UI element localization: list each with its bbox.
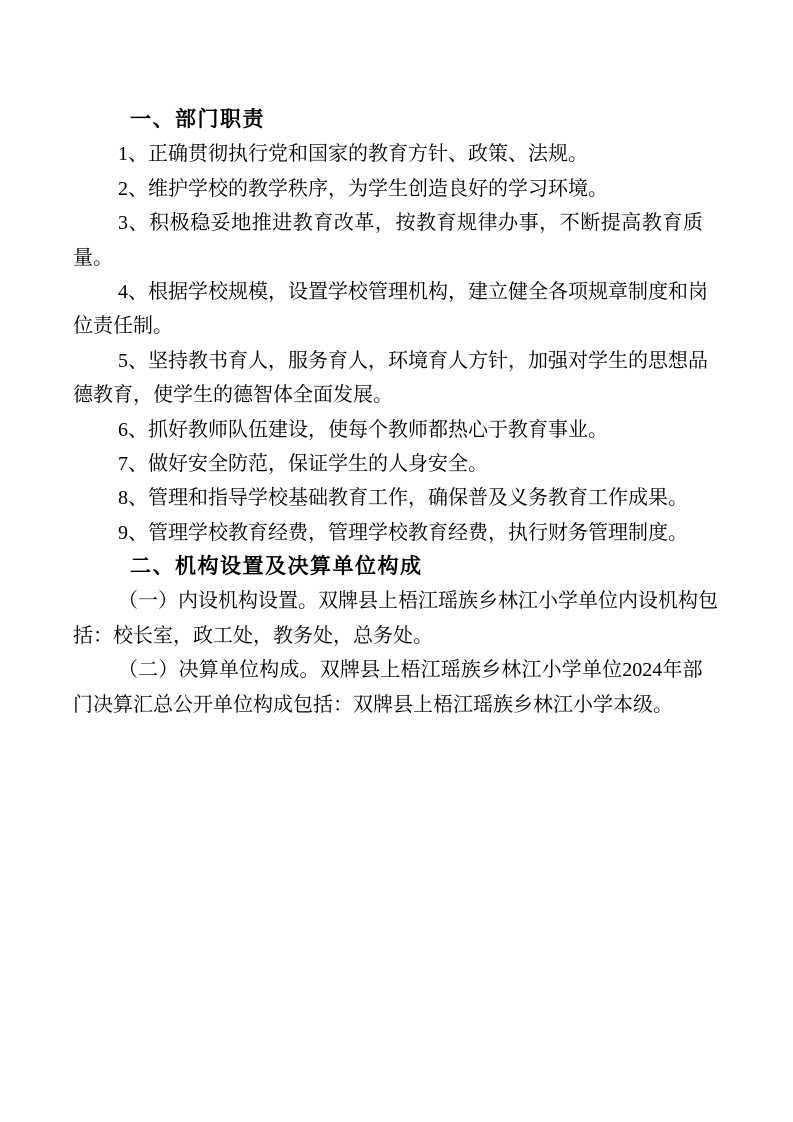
- glyph-cluster: 模: [248, 275, 268, 309]
- glyph-cluster: 改: [334, 206, 354, 240]
- glyph-cluster: 教: [416, 206, 436, 240]
- paragraph-line: 7、做好安全防范，保证学生的人身安全。: [73, 447, 703, 481]
- glyph-cluster: 规: [228, 275, 248, 309]
- glyph-cluster: 族: [458, 584, 478, 618]
- glyph-cluster: 置: [278, 584, 298, 618]
- document-content: 一、部门职责1、正确贯彻执行党和国家的教育方针、政策、法规。2、维护学校的教学秩…: [73, 103, 703, 722]
- glyph-cluster: 学: [562, 653, 582, 687]
- glyph-cluster: 设: [288, 275, 308, 309]
- glyph-cluster: 决: [179, 653, 199, 687]
- glyph-cluster: 推: [252, 206, 272, 240]
- glyph-cluster: 管: [368, 275, 388, 309]
- paragraph-line: 3、积极稳妥地推进教育改革，按教育规律办事，不断提高教育质: [73, 206, 703, 240]
- glyph-cluster: 极: [170, 206, 190, 240]
- paragraph-line: 4、根据学校规模，设置学校管理机构，建立健全各项规章制度和岗: [73, 275, 703, 309]
- glyph-cluster: 小: [542, 653, 562, 687]
- glyph-cluster: 育: [437, 206, 457, 240]
- paragraph-line: 位责任制。: [73, 309, 703, 343]
- glyph-cluster: 妥: [211, 206, 231, 240]
- glyph-cluster: （: [118, 653, 138, 687]
- glyph-cluster: 校: [208, 275, 228, 309]
- glyph-cluster: 小: [538, 584, 558, 618]
- glyph-cluster: 单: [578, 584, 598, 618]
- glyph-cluster: 方: [468, 344, 488, 378]
- glyph-cluster: 设: [198, 584, 218, 618]
- paragraph-line: 2、维护学校的教学秩序，为学生创造良好的学习环境。: [73, 172, 703, 206]
- glyph-cluster: 革: [354, 206, 374, 240]
- glyph-cluster: 针: [488, 344, 508, 378]
- glyph-cluster: 教: [642, 206, 662, 240]
- glyph-cluster: 位: [602, 653, 622, 687]
- glyph-cluster: 度: [648, 275, 668, 309]
- glyph-cluster: 想: [668, 344, 688, 378]
- glyph-cluster: 和: [668, 275, 688, 309]
- glyph-cluster: 思: [648, 344, 668, 378]
- glyph-cluster: 务: [308, 344, 328, 378]
- section-heading: 一、部门职责: [73, 103, 703, 137]
- glyph-cluster: 包: [698, 584, 718, 618]
- glyph-cluster: 学: [188, 275, 208, 309]
- glyph-cluster: 构: [678, 584, 698, 618]
- glyph-cluster: ）: [158, 584, 178, 618]
- glyph-cluster: 设: [258, 584, 278, 618]
- glyph-cluster: ，: [268, 275, 288, 309]
- glyph-cluster: 学: [328, 275, 348, 309]
- glyph-cluster: 位: [239, 653, 259, 687]
- glyph-cluster: 环: [388, 344, 408, 378]
- glyph-cluster: 上: [380, 653, 400, 687]
- glyph-cluster: 健: [508, 275, 528, 309]
- glyph-cluster: 内: [618, 584, 638, 618]
- glyph-cluster: 乡: [478, 584, 498, 618]
- glyph-cluster: 稳: [190, 206, 210, 240]
- glyph-cluster: 瑶: [438, 584, 458, 618]
- glyph-cluster: 瑶: [441, 653, 461, 687]
- document-page: 一、部门职责1、正确贯彻执行党和国家的教育方针、政策、法规。2、维护学校的教学秩…: [0, 0, 793, 1122]
- glyph-cluster: 构: [428, 275, 448, 309]
- paragraph-line: 门决算汇总公开单位构成包括：双牌县上梧江瑶族乡林江小学本级。: [73, 688, 703, 722]
- glyph-cluster: 书: [208, 344, 228, 378]
- glyph-cluster: 林: [501, 653, 521, 687]
- glyph-cluster: 教: [188, 344, 208, 378]
- glyph-cluster: 育: [313, 206, 333, 240]
- glyph-cluster: 根: [148, 275, 168, 309]
- glyph-cluster: 持: [168, 344, 188, 378]
- paragraph-line: 8、管理和指导学校基础教育工作，确保普及义务教育工作成果。: [73, 481, 703, 515]
- glyph-cluster: 双: [318, 584, 338, 618]
- glyph-cluster: 县: [360, 653, 380, 687]
- glyph-cluster: 育: [428, 344, 448, 378]
- glyph-cluster: 机: [408, 275, 428, 309]
- glyph-cluster: 成: [279, 653, 299, 687]
- glyph-cluster: 学: [588, 344, 608, 378]
- glyph-cluster: 项: [568, 275, 588, 309]
- glyph-cluster: ）: [158, 653, 178, 687]
- glyph-cluster: 地: [231, 206, 251, 240]
- glyph-cluster: 5: [118, 344, 128, 378]
- glyph-cluster: 双: [320, 653, 340, 687]
- glyph-cluster: 全: [528, 275, 548, 309]
- glyph-cluster: 积: [149, 206, 169, 240]
- glyph-cluster: ，: [539, 206, 559, 240]
- glyph-cluster: 江: [418, 584, 438, 618]
- glyph-cluster: 进: [272, 206, 292, 240]
- glyph-cluster: 章: [608, 275, 628, 309]
- glyph-cluster: 提: [601, 206, 621, 240]
- glyph-cluster: 质: [683, 206, 703, 240]
- glyph-cluster: 律: [478, 206, 498, 240]
- glyph-cluster: 梧: [398, 584, 418, 618]
- glyph-cluster: 断: [580, 206, 600, 240]
- paragraph-line: 量。: [73, 241, 703, 275]
- glyph-cluster: 。: [300, 653, 320, 687]
- glyph-cluster: 设: [638, 584, 658, 618]
- glyph-cluster: 部: [683, 653, 703, 687]
- glyph-cluster: 。: [298, 584, 318, 618]
- glyph-cluster: 二: [138, 653, 158, 687]
- glyph-cluster: 的: [628, 344, 648, 378]
- glyph-cluster: 年: [662, 653, 682, 687]
- glyph-cluster: 人: [348, 344, 368, 378]
- glyph-cluster: 构: [259, 653, 279, 687]
- glyph-cluster: 育: [228, 344, 248, 378]
- glyph-cluster: ，: [508, 344, 528, 378]
- glyph-cluster: 教: [293, 206, 313, 240]
- glyph-cluster: 服: [288, 344, 308, 378]
- glyph-cluster: 上: [378, 584, 398, 618]
- glyph-cluster: 立: [488, 275, 508, 309]
- glyph-cluster: 梧: [400, 653, 420, 687]
- glyph-cluster: 、: [128, 275, 148, 309]
- glyph-cluster: 单: [582, 653, 602, 687]
- glyph-cluster: 据: [168, 275, 188, 309]
- glyph-cluster: ，: [368, 344, 388, 378]
- glyph-cluster: 育: [328, 344, 348, 378]
- glyph-cluster: 机: [658, 584, 678, 618]
- glyph-cluster: 强: [548, 344, 568, 378]
- glyph-cluster: 置: [308, 275, 328, 309]
- glyph-cluster: 规: [588, 275, 608, 309]
- glyph-cluster: ，: [268, 344, 288, 378]
- glyph-cluster: 校: [348, 275, 368, 309]
- section-heading: 二、机构设置及决算单位构成: [73, 550, 703, 584]
- glyph-cluster: 制: [628, 275, 648, 309]
- paragraph-line: 6、抓好教师队伍建设，使每个教师都热心于教育事业。: [73, 413, 703, 447]
- glyph-cluster: 、: [129, 206, 149, 240]
- glyph-cluster: 林: [498, 584, 518, 618]
- glyph-cluster: 人: [248, 344, 268, 378]
- glyph-cluster: 江: [521, 653, 541, 687]
- glyph-cluster: 族: [461, 653, 481, 687]
- paragraph-line: 括：校长室，政工处，教务处，总务处。: [73, 619, 703, 653]
- paragraph-line: （一）内设机构设置。双牌县上梧江瑶族乡林江小学单位内设机构包: [73, 584, 703, 618]
- glyph-cluster: 岗: [688, 275, 708, 309]
- paragraph-line: 5、坚持教书育人，服务育人，环境育人方针，加强对学生的思想品: [73, 344, 703, 378]
- glyph-cluster: 江: [518, 584, 538, 618]
- glyph-cluster: 品: [688, 344, 708, 378]
- glyph-cluster: 内: [178, 584, 198, 618]
- glyph-cluster: 不: [560, 206, 580, 240]
- glyph-cluster: 江: [421, 653, 441, 687]
- glyph-cluster: 一: [138, 584, 158, 618]
- glyph-cluster: 单: [219, 653, 239, 687]
- glyph-cluster: 3: [118, 206, 128, 240]
- glyph-cluster: 人: [448, 344, 468, 378]
- glyph-cluster: 乡: [481, 653, 501, 687]
- glyph-cluster: 育: [662, 206, 682, 240]
- glyph-cluster: 牌: [340, 653, 360, 687]
- glyph-cluster: 境: [408, 344, 428, 378]
- glyph-cluster: （: [118, 584, 138, 618]
- glyph-cluster: 机: [218, 584, 238, 618]
- glyph-cluster: 加: [528, 344, 548, 378]
- glyph-cluster: 生: [608, 344, 628, 378]
- glyph-cluster: 坚: [148, 344, 168, 378]
- paragraph-line: 德教育，使学生的德智体全面发展。: [73, 378, 703, 412]
- glyph-cluster: 位: [598, 584, 618, 618]
- paragraph-line: 1、正确贯彻执行党和国家的教育方针、政策、法规。: [73, 137, 703, 171]
- glyph-cluster: ，: [448, 275, 468, 309]
- glyph-cluster: 各: [548, 275, 568, 309]
- glyph-cluster: 对: [568, 344, 588, 378]
- glyph-cluster: 学: [558, 584, 578, 618]
- glyph-cluster: 算: [199, 653, 219, 687]
- glyph-cluster: 牌: [338, 584, 358, 618]
- glyph-cluster: 办: [498, 206, 518, 240]
- glyph-cluster: 事: [519, 206, 539, 240]
- glyph-cluster: 建: [468, 275, 488, 309]
- glyph-cluster: 理: [388, 275, 408, 309]
- glyph-cluster: 规: [457, 206, 477, 240]
- glyph-cluster: 4: [118, 275, 128, 309]
- glyph-cluster: 2024: [622, 653, 662, 687]
- glyph-cluster: 构: [238, 584, 258, 618]
- glyph-cluster: 、: [128, 344, 148, 378]
- paragraph-line: （二）决算单位构成。双牌县上梧江瑶族乡林江小学单位 2024 年部: [73, 653, 703, 687]
- glyph-cluster: 县: [358, 584, 378, 618]
- glyph-cluster: ，: [375, 206, 395, 240]
- glyph-cluster: 高: [621, 206, 641, 240]
- glyph-cluster: 按: [395, 206, 415, 240]
- paragraph-line: 9、管理学校教育经费，管理学校教育经费，执行财务管理制度。: [73, 516, 703, 550]
